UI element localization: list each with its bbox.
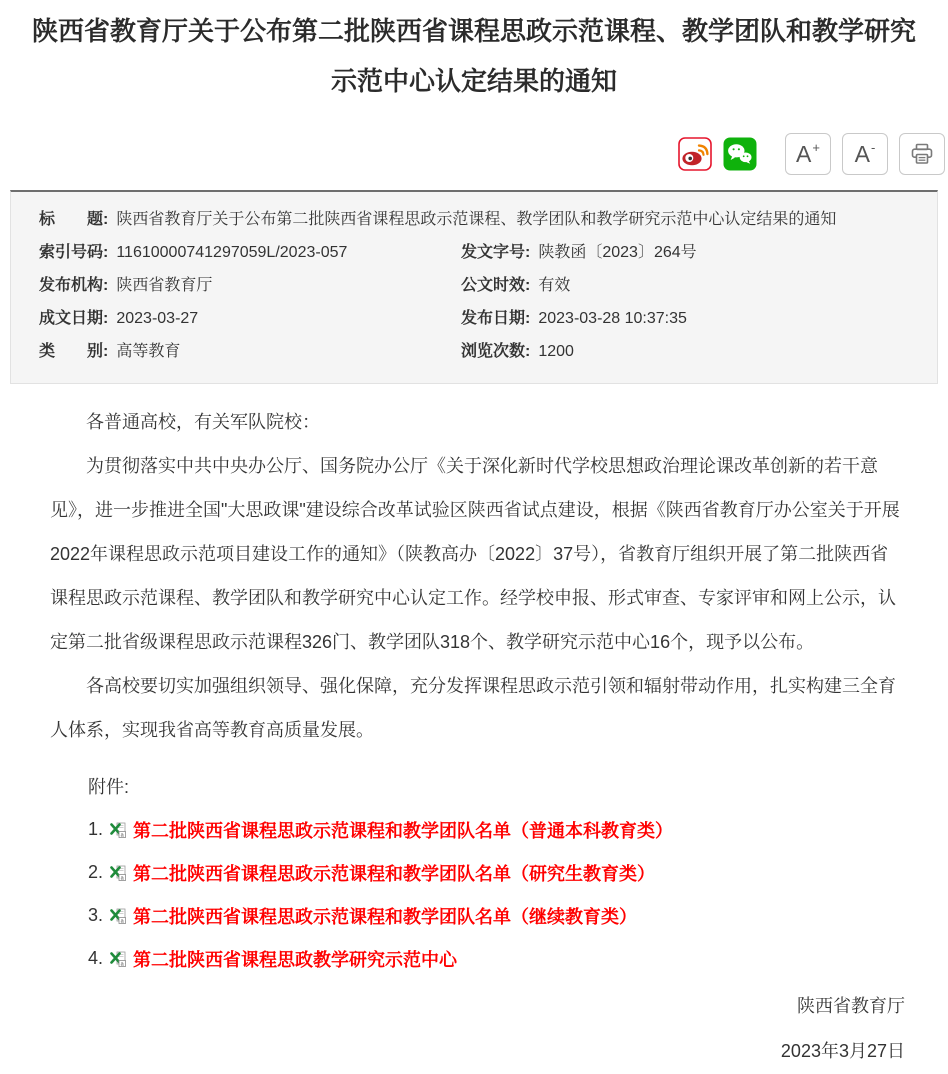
- meta-row: 成文日期: 2023-03-27 发布日期: 2023-03-28 10:37:…: [39, 302, 927, 335]
- meta-label: 成文日期:: [39, 302, 108, 335]
- meta-label: 浏览次数:: [461, 335, 530, 368]
- excel-file-icon: a: [110, 951, 126, 967]
- meta-label: 发布日期:: [461, 302, 530, 335]
- meta-value: 2023-03-28 10:37:35: [538, 302, 687, 335]
- paragraph: 为贯彻落实中共中央办公厅、国务院办公厅《关于深化新时代学校思想政治理论课改革创新…: [50, 444, 905, 664]
- article-body: 各普通高校，有关军队院校： 为贯彻落实中共中央办公厅、国务院办公厅《关于深化新时…: [50, 400, 905, 752]
- meta-value: 陕西省教育厅关于公布第二批陕西省课程思政示范课程、教学团队和教学研究示范中心认定…: [116, 203, 836, 236]
- signature-block: 陕西省教育厅 2023年3月27日: [0, 984, 905, 1074]
- meta-value: 1200: [538, 335, 574, 368]
- attachment-number: 2.: [88, 862, 103, 883]
- notice-page: 陕西省教育厅关于公布第二批陕西省课程思政示范课程、教学团队和教学研究示范中心认定…: [0, 0, 948, 1074]
- signature-date: 2023年3月27日: [0, 1029, 905, 1074]
- meta-row: 索引号码: 11610000741297059L/2023-057 发文字号: …: [39, 236, 927, 269]
- toolbar: A+ A-: [0, 130, 946, 178]
- attachment-link-3[interactable]: 第二批陕西省课程思政示范课程和教学团队名单（继续教育类）: [133, 903, 637, 929]
- page-title: 陕西省教育厅关于公布第二批陕西省课程思政示范课程、教学团队和教学研究示范中心认定…: [24, 6, 924, 106]
- attachment-link-4[interactable]: 第二批陕西省课程思政教学研究示范中心: [133, 946, 457, 972]
- meta-field-written-date: 成文日期: 2023-03-27: [39, 302, 461, 335]
- minus-sign: -: [871, 141, 875, 154]
- attachment-item: 3. a 第二批陕西省课程思政示范课程和教学团队名单（继续教育类）: [88, 894, 905, 937]
- meta-label: 索引号码:: [39, 236, 108, 269]
- excel-file-icon: a: [110, 908, 126, 924]
- salutation: 各普通高校，有关军队院校：: [50, 400, 905, 444]
- meta-value: 2023-03-27: [116, 302, 198, 335]
- meta-label: 类 别:: [39, 335, 108, 368]
- attachment-item: 1. a 第二批陕西省课程思政示范课程和教学团队名单（普通本科教育类）: [88, 808, 905, 851]
- paragraph: 各高校要切实加强组织领导、强化保障，充分发挥课程思政示范引领和辐射带动作用，扎实…: [50, 664, 905, 752]
- weibo-share-icon[interactable]: [678, 137, 712, 171]
- attachment-link-2[interactable]: 第二批陕西省课程思政示范课程和教学团队名单（研究生教育类）: [133, 860, 655, 886]
- excel-file-icon: a: [110, 865, 126, 881]
- printer-icon: [910, 143, 934, 165]
- attachment-link-1[interactable]: 第二批陕西省课程思政示范课程和教学团队名单（普通本科教育类）: [133, 817, 673, 843]
- font-increase-button[interactable]: A+: [785, 133, 831, 175]
- attachments-section: 附件: 1. a 第二批陕西省课程思政示范课程和教学团队名单（普通本科教育类） …: [88, 766, 905, 980]
- print-button[interactable]: [899, 133, 945, 175]
- meta-field-category: 类 别: 高等教育: [39, 335, 461, 368]
- meta-label: 公文时效:: [461, 269, 530, 302]
- font-increase-label: A: [796, 143, 811, 166]
- attachment-item: 2. a 第二批陕西省课程思政示范课程和教学团队名单（研究生教育类）: [88, 851, 905, 894]
- meta-field-title: 标 题: 陕西省教育厅关于公布第二批陕西省课程思政示范课程、教学团队和教学研究示…: [39, 203, 836, 236]
- meta-row: 类 别: 高等教育 浏览次数: 1200: [39, 335, 927, 368]
- meta-value: 陕西省教育厅: [116, 269, 212, 302]
- signature-agency: 陕西省教育厅: [0, 984, 905, 1029]
- font-decrease-button[interactable]: A-: [842, 133, 888, 175]
- meta-label: 发文字号:: [461, 236, 530, 269]
- attachment-item: 4. a 第二批陕西省课程思政教学研究示范中心: [88, 937, 905, 980]
- attachment-number: 4.: [88, 948, 103, 969]
- meta-field-issuing-agency: 发布机构: 陕西省教育厅: [39, 269, 461, 302]
- meta-label: 发布机构:: [39, 269, 108, 302]
- meta-label: 标 题:: [39, 203, 108, 236]
- meta-field-validity: 公文时效: 有效: [461, 269, 570, 302]
- meta-field-publish-date: 发布日期: 2023-03-28 10:37:35: [461, 302, 687, 335]
- wechat-share-icon[interactable]: [723, 137, 757, 171]
- meta-row-title: 标 题: 陕西省教育厅关于公布第二批陕西省课程思政示范课程、教学团队和教学研究示…: [39, 203, 927, 236]
- meta-row: 发布机构: 陕西省教育厅 公文时效: 有效: [39, 269, 927, 302]
- meta-value: 有效: [538, 269, 570, 302]
- meta-field-view-count: 浏览次数: 1200: [461, 335, 574, 368]
- meta-field-document-number: 发文字号: 陕教函〔2023〕264号: [461, 236, 697, 269]
- meta-value: 高等教育: [116, 335, 180, 368]
- meta-value: 11610000741297059L/2023-057: [116, 236, 347, 269]
- attachment-number: 3.: [88, 905, 103, 926]
- font-decrease-label: A: [855, 143, 870, 166]
- metadata-panel: 标 题: 陕西省教育厅关于公布第二批陕西省课程思政示范课程、教学团队和教学研究示…: [10, 190, 938, 384]
- excel-file-icon: a: [110, 822, 126, 838]
- attachments-heading: 附件:: [88, 766, 905, 808]
- meta-field-index-number: 索引号码: 11610000741297059L/2023-057: [39, 236, 461, 269]
- meta-value: 陕教函〔2023〕264号: [538, 236, 696, 269]
- plus-sign: +: [812, 141, 820, 154]
- attachment-number: 1.: [88, 819, 103, 840]
